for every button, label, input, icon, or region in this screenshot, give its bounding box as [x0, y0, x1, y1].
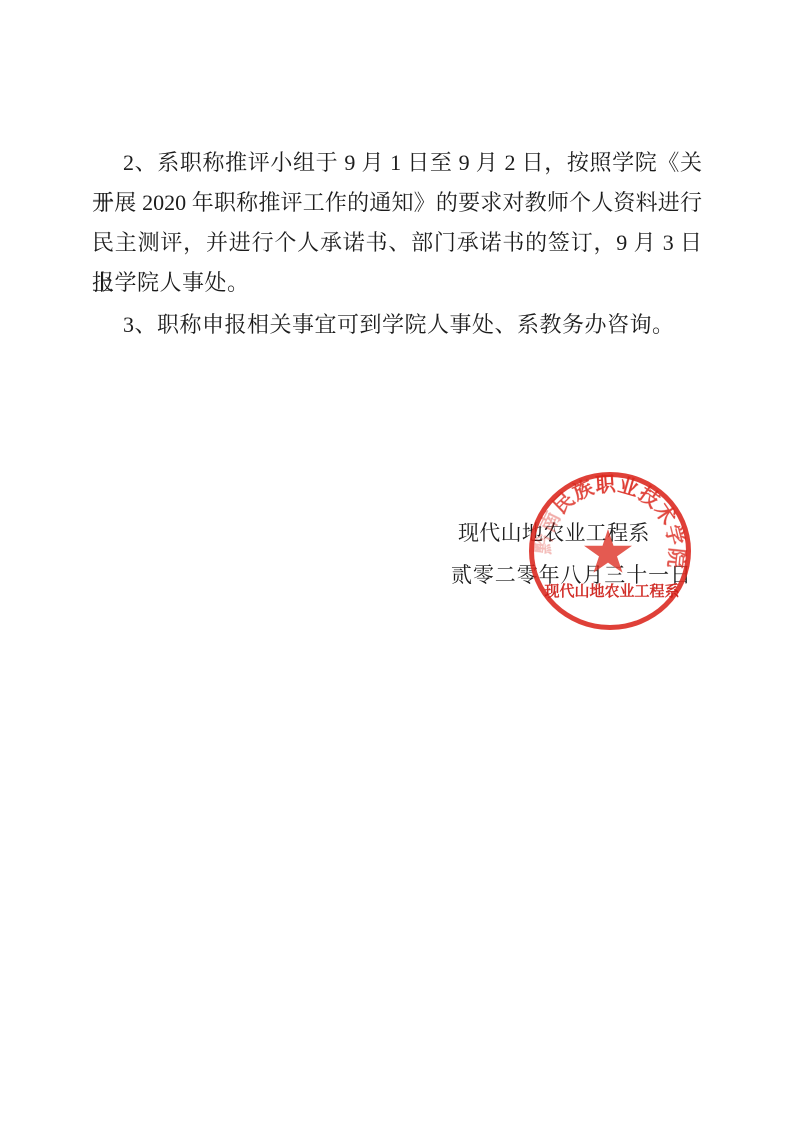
text-line: 开展 2020 年职称推评工作的通知》的要求对教师个人资料进行: [92, 183, 702, 223]
paragraph: 2、系职称推评小组于 9 月 1 日至 9 月 2 日，按照学院《关于开展 20…: [92, 143, 702, 303]
seal-arc-char: 职: [594, 473, 617, 496]
document-page: 2、系职称推评小组于 9 月 1 日至 9 月 2 日，按照学院《关于开展 20…: [0, 0, 793, 1122]
body-text: 2、系职称推评小组于 9 月 1 日至 9 月 2 日，按照学院《关于开展 20…: [92, 143, 702, 345]
official-seal: 黔南民族职业技术学院 现代山地农业工程系: [529, 472, 691, 630]
signature-date: 贰零二零年八月三十一日: [451, 562, 692, 588]
text-line: 民主测评，并进行个人承诺书、部门承诺书的签订，9 月 3 日上: [92, 223, 702, 263]
seal-arc-char: 族: [569, 476, 598, 505]
paragraph: 3、职称申报相关事宜可到学院人事处、系教务办咨询。: [92, 305, 702, 345]
seal-arc-char: 技: [633, 482, 664, 513]
seal-ring-icon: [529, 472, 691, 630]
seal-arc-char: 学: [661, 522, 688, 549]
text-line: 报学院人事处。: [92, 263, 702, 303]
seal-arc-char: 术: [649, 499, 680, 530]
seal-arc-char: 业: [615, 474, 642, 501]
text-line: 2、系职称推评小组于 9 月 1 日至 9 月 2 日，按照学院《关于: [92, 143, 702, 183]
signature-department: 现代山地农业工程系: [458, 520, 650, 546]
text-line: 3、职称申报相关事宜可到学院人事处、系教务办咨询。: [92, 305, 702, 345]
seal-arc-char: 民: [549, 488, 580, 519]
